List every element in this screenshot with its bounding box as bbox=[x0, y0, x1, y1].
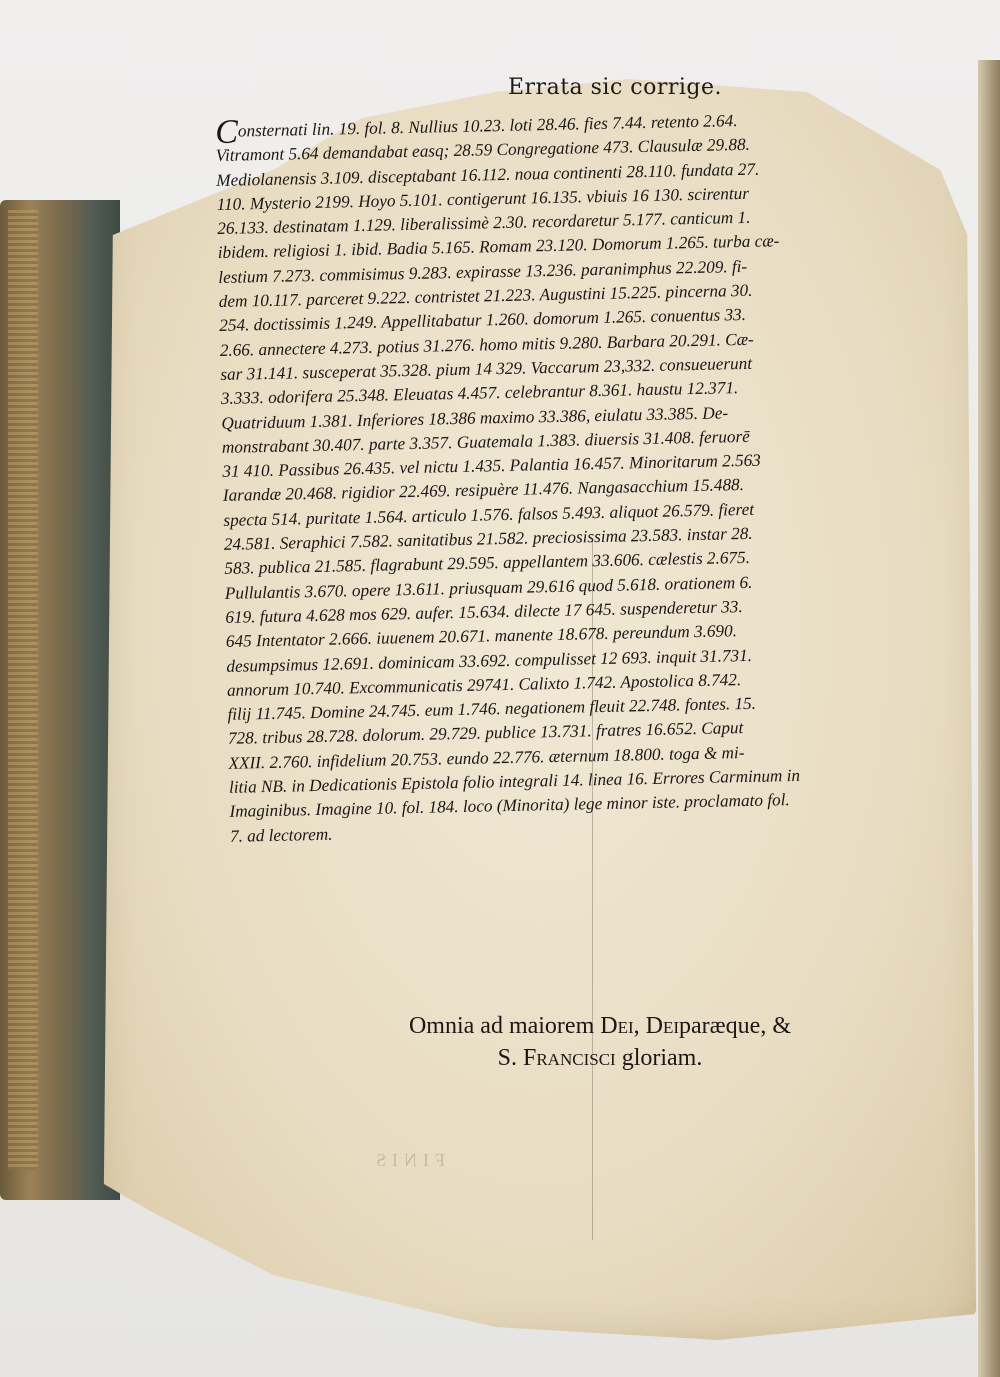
dedication-motto: Omnia ad maiorem Dei, Deiparæque, & S. F… bbox=[330, 1010, 870, 1074]
show-through-text: FINIS bbox=[370, 1150, 445, 1171]
errata-section: Errata sic corrige. Consternati lin. 19.… bbox=[225, 75, 965, 849]
motto-line-1: Omnia ad maiorem Dei, Deiparæque, & bbox=[330, 1010, 870, 1042]
page-title: Errata sic corrige. bbox=[265, 75, 965, 100]
book-cover-right bbox=[978, 60, 1000, 1377]
book-spine-edge bbox=[0, 200, 120, 1200]
errata-list: Consternati lin. 19. fol. 8. Nullius 10.… bbox=[215, 104, 980, 848]
motto-line-2: S. Francisci gloriam. bbox=[330, 1042, 870, 1074]
